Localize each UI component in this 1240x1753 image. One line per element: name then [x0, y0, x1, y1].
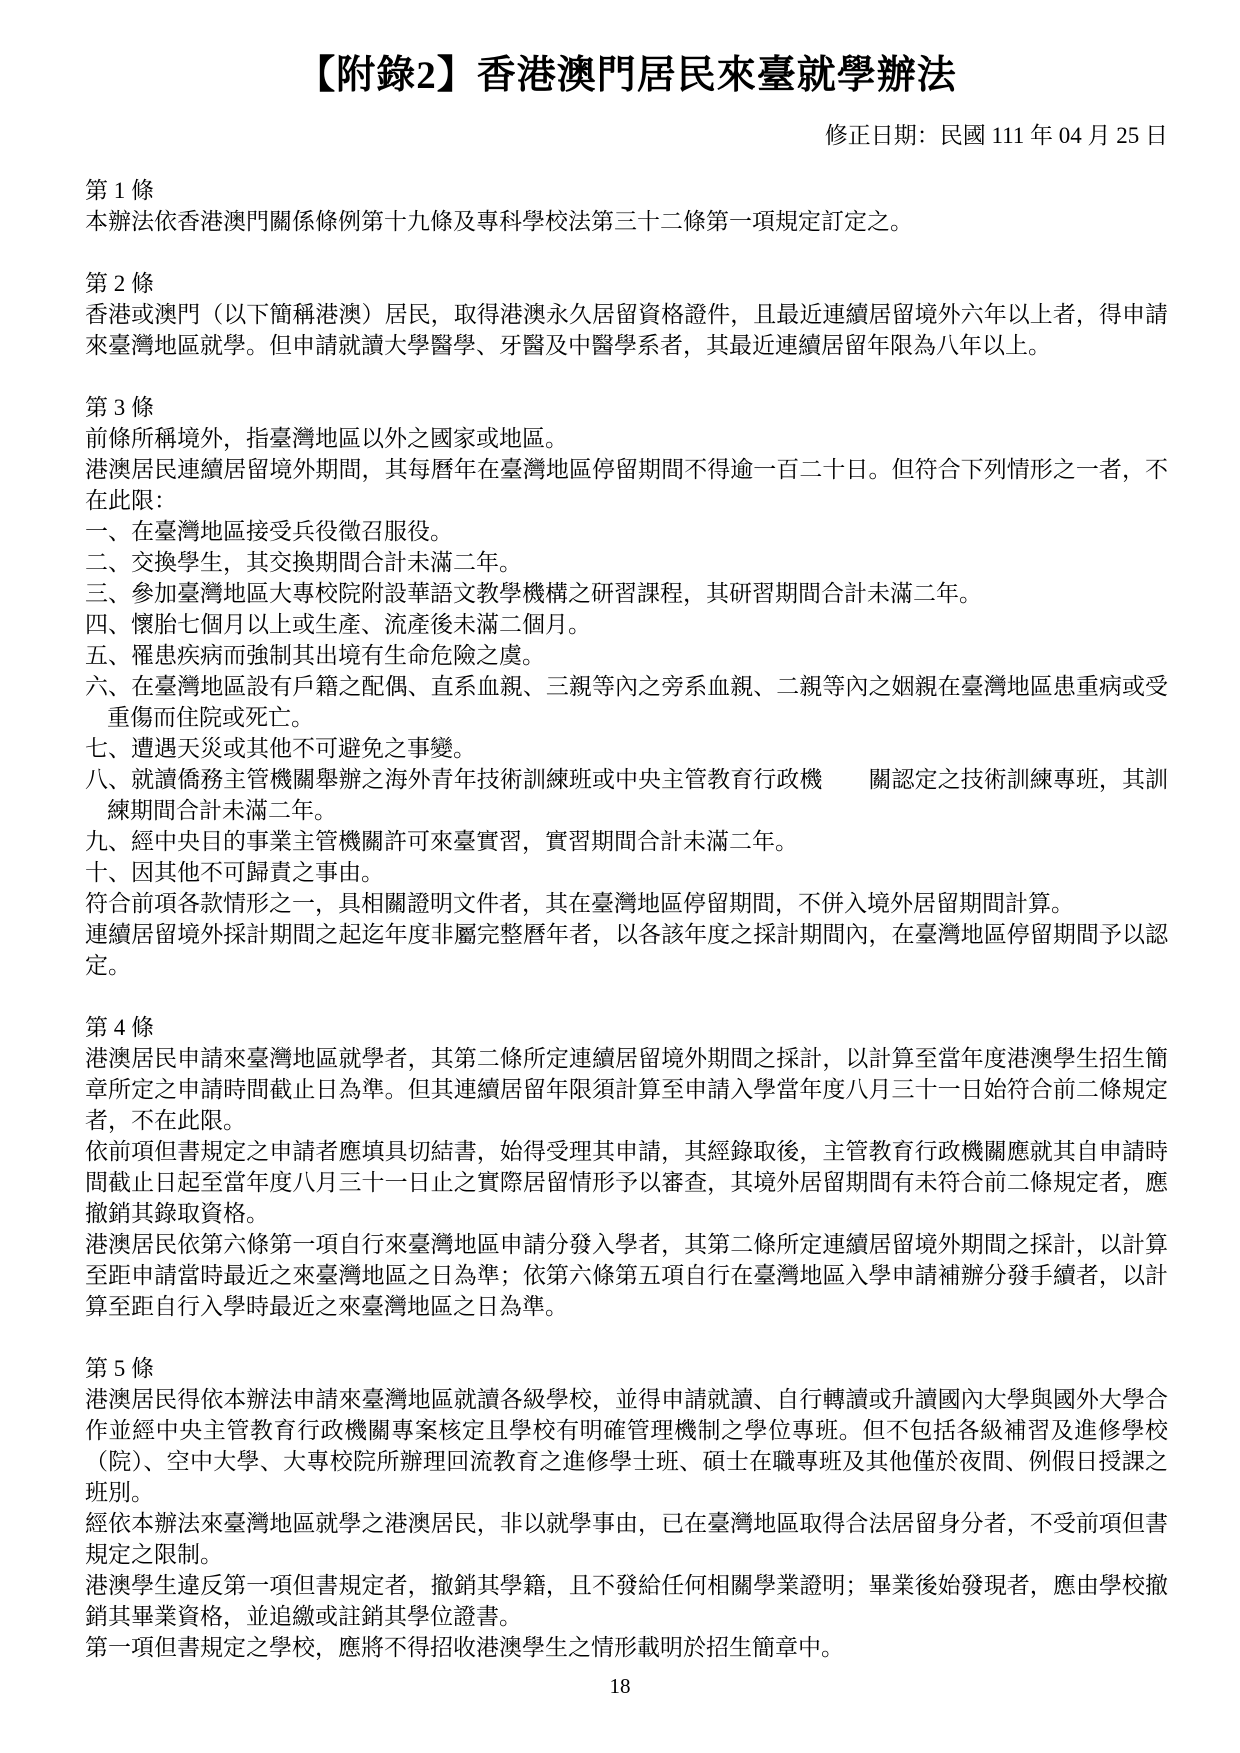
article: 第 2 條香港或澳門（以下簡稱港澳）居民，取得港澳永久居留資格證件，且最近連續居… — [85, 268, 1168, 361]
article: 第 5 條港澳居民得依本辦法申請來臺灣地區就讀各級學校，並得申請就讀、自行轉讀或… — [85, 1353, 1168, 1663]
paragraph: 前條所稱境外，指臺灣地區以外之國家或地區。 — [85, 423, 1168, 454]
page-title: 【附錄2】香港澳門居民來臺就學辦法 — [85, 50, 1168, 102]
revision-date: 修正日期：民國 111 年 04 月 25 日 — [85, 120, 1168, 151]
list-item: 一、在臺灣地區接受兵役徵召服役。 — [85, 516, 1168, 547]
page-number: 18 — [0, 1672, 1240, 1700]
list-item: 三、參加臺灣地區大專校院附設華語文教學機構之研習課程，其研習期間合計未滿二年。 — [85, 578, 1168, 609]
paragraph: 第一項但書規定之學校，應將不得招收港澳學生之情形載明於招生簡章中。 — [85, 1632, 1168, 1663]
paragraph: 本辦法依香港澳門關係條例第十九條及專科學校法第三十二條第一項規定訂定之。 — [85, 206, 1168, 237]
article: 第 1 條本辦法依香港澳門關係條例第十九條及專科學校法第三十二條第一項規定訂定之… — [85, 175, 1168, 237]
paragraph: 香港或澳門（以下簡稱港澳）居民，取得港澳永久居留資格證件，且最近連續居留境外六年… — [85, 299, 1168, 361]
article-heading: 第 3 條 — [85, 392, 1168, 423]
article-heading: 第 2 條 — [85, 268, 1168, 299]
list-item: 九、經中央目的事業主管機關許可來臺實習，實習期間合計未滿二年。 — [85, 826, 1168, 857]
document-page: 【附錄2】香港澳門居民來臺就學辦法 修正日期：民國 111 年 04 月 25 … — [0, 0, 1240, 1753]
paragraph: 港澳居民連續居留境外期間，其每曆年在臺灣地區停留期間不得逾一百二十日。但符合下列… — [85, 454, 1168, 516]
articles-container: 第 1 條本辦法依香港澳門關係條例第十九條及專科學校法第三十二條第一項規定訂定之… — [85, 175, 1168, 1663]
paragraph: 港澳居民申請來臺灣地區就學者，其第二條所定連續居留境外期間之採計，以計算至當年度… — [85, 1043, 1168, 1136]
paragraph: 港澳學生違反第一項但書規定者，撤銷其學籍，且不發給任何相關學業證明；畢業後始發現… — [85, 1570, 1168, 1632]
list-item: 二、交換學生，其交換期間合計未滿二年。 — [85, 547, 1168, 578]
article: 第 3 條前條所稱境外，指臺灣地區以外之國家或地區。港澳居民連續居留境外期間，其… — [85, 392, 1168, 981]
article-heading: 第 5 條 — [85, 1353, 1168, 1384]
article-heading: 第 4 條 — [85, 1012, 1168, 1043]
list-item: 十、因其他不可歸責之事由。 — [85, 857, 1168, 888]
list-item: 八、就讀僑務主管機關舉辦之海外青年技術訓練班或中央主管教育行政機 關認定之技術訓… — [85, 764, 1168, 826]
article-heading: 第 1 條 — [85, 175, 1168, 206]
paragraph: 經依本辦法來臺灣地區就學之港澳居民，非以就學事由，已在臺灣地區取得合法居留身分者… — [85, 1508, 1168, 1570]
list-item: 五、罹患疾病而強制其出境有生命危險之虞。 — [85, 640, 1168, 671]
paragraph: 依前項但書規定之申請者應填具切結書，始得受理其申請，其經錄取後，主管教育行政機關… — [85, 1136, 1168, 1229]
list-item: 七、遭遇天災或其他不可避免之事變。 — [85, 733, 1168, 764]
paragraph: 港澳居民得依本辦法申請來臺灣地區就讀各級學校，並得申請就讀、自行轉讀或升讀國內大… — [85, 1384, 1168, 1508]
list-item: 四、懷胎七個月以上或生產、流產後未滿二個月。 — [85, 609, 1168, 640]
article: 第 4 條港澳居民申請來臺灣地區就學者，其第二條所定連續居留境外期間之採計，以計… — [85, 1012, 1168, 1322]
paragraph: 港澳居民依第六條第一項自行來臺灣地區申請分發入學者，其第二條所定連續居留境外期間… — [85, 1229, 1168, 1322]
paragraph: 連續居留境外採計期間之起迄年度非屬完整曆年者，以各該年度之採計期間內，在臺灣地區… — [85, 919, 1168, 981]
list-item: 六、在臺灣地區設有戶籍之配偶、直系血親、三親等內之旁系血親、二親等內之姻親在臺灣… — [85, 671, 1168, 733]
document-content: 【附錄2】香港澳門居民來臺就學辦法 修正日期：民國 111 年 04 月 25 … — [85, 50, 1168, 1663]
paragraph: 符合前項各款情形之一，具相關證明文件者，其在臺灣地區停留期間，不併入境外居留期間… — [85, 888, 1168, 919]
